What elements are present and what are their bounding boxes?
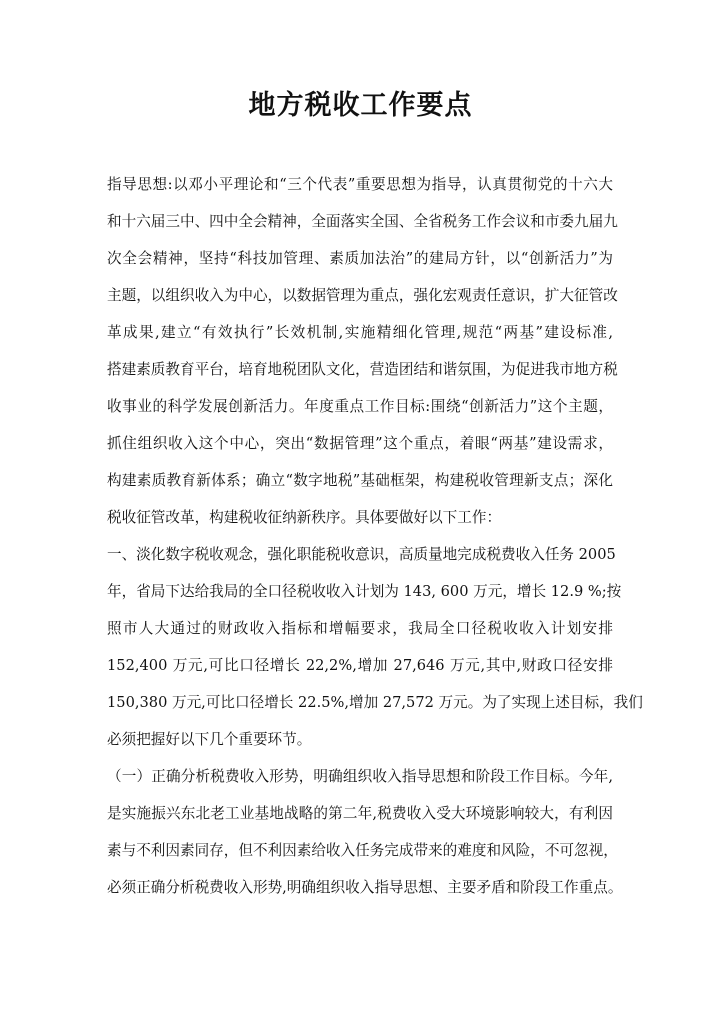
subsection-heading-line: （一）正确分析税费收入形势，明确组织收入指导思想和阶段工作目标。今年,	[107, 764, 613, 801]
body-line: 次全会精神，坚持“科技加管理、素质加法治”的建局方针，以“创新活力”为	[107, 246, 613, 283]
body-line: 150,380 万元,可比口径增长 22.5%,增加 27,572 万元。为了实…	[107, 690, 613, 727]
document-title: 地方税收工作要点	[0, 86, 721, 126]
body-line-paragraph-end: 必须把握好以下几个重要环节。	[107, 727, 613, 764]
body-line: 抓住组织收入这个中心，突出“数据管理”这个重点，着眼“两基”建设需求，	[107, 431, 613, 468]
body-line: 是实施振兴东北老工业基地战略的第二年,税费收入受大环境影响较大，有利因	[107, 801, 613, 838]
body-line: 素与不利因素同存，但不利因素给收入任务完成带来的难度和风险，不可忽视，	[107, 838, 613, 875]
body-line: 构建素质教育新体系；确立“数字地税”基础框架，构建税收管理新支点；深化	[107, 468, 613, 505]
body-line: 收事业的科学发展创新活力。年度重点工作目标:围绕“创新活力”这个主题，	[107, 394, 613, 431]
body-line: 照市人大通过的财政收入指标和增幅要求，我局全口径税收收入计划安排	[107, 616, 613, 653]
body-line: 152,400 万元,可比口径增长 22,2%,增加 27,646 万元,其中,…	[107, 653, 613, 690]
body-line: 主题，以组织收入为中心，以数据管理为重点，强化宏观责任意识，扩大征管改	[107, 283, 613, 320]
body-line: 必须正确分析税费收入形势,明确组织收入指导思想、主要矛盾和阶段工作重点。	[107, 875, 613, 912]
body-line: 和十六届三中、四中全会精神，全面落实全国、全省税务工作会议和市委九届九	[107, 209, 613, 246]
section-heading-line: 一、淡化数字税收观念，强化职能税收意识，高质量地完成税费收入任务 2005	[107, 542, 613, 579]
document-page: 地方税收工作要点 指导思想:以邓小平理论和“三个代表”重要思想为指导，认真贯彻党…	[0, 0, 721, 1020]
body-line: 指导思想:以邓小平理论和“三个代表”重要思想为指导，认真贯彻党的十六大	[107, 172, 613, 209]
body-line-paragraph-end: 税收征管改革，构建税收征纳新秩序。具体要做好以下工作：	[107, 505, 613, 542]
body-line: 年，省局下达给我局的全口径税收收入计划为 143, 600 万元，增长 12.9…	[107, 579, 613, 616]
document-body: 指导思想:以邓小平理论和“三个代表”重要思想为指导，认真贯彻党的十六大 和十六届…	[107, 172, 613, 912]
body-line: 搭建素质教育平台，培育地税团队文化，营造团结和谐氛围，为促进我市地方税	[107, 357, 613, 394]
body-line: 革成果,建立“有效执行”长效机制,实施精细化管理,规范“两基”建设标准,	[107, 320, 613, 357]
